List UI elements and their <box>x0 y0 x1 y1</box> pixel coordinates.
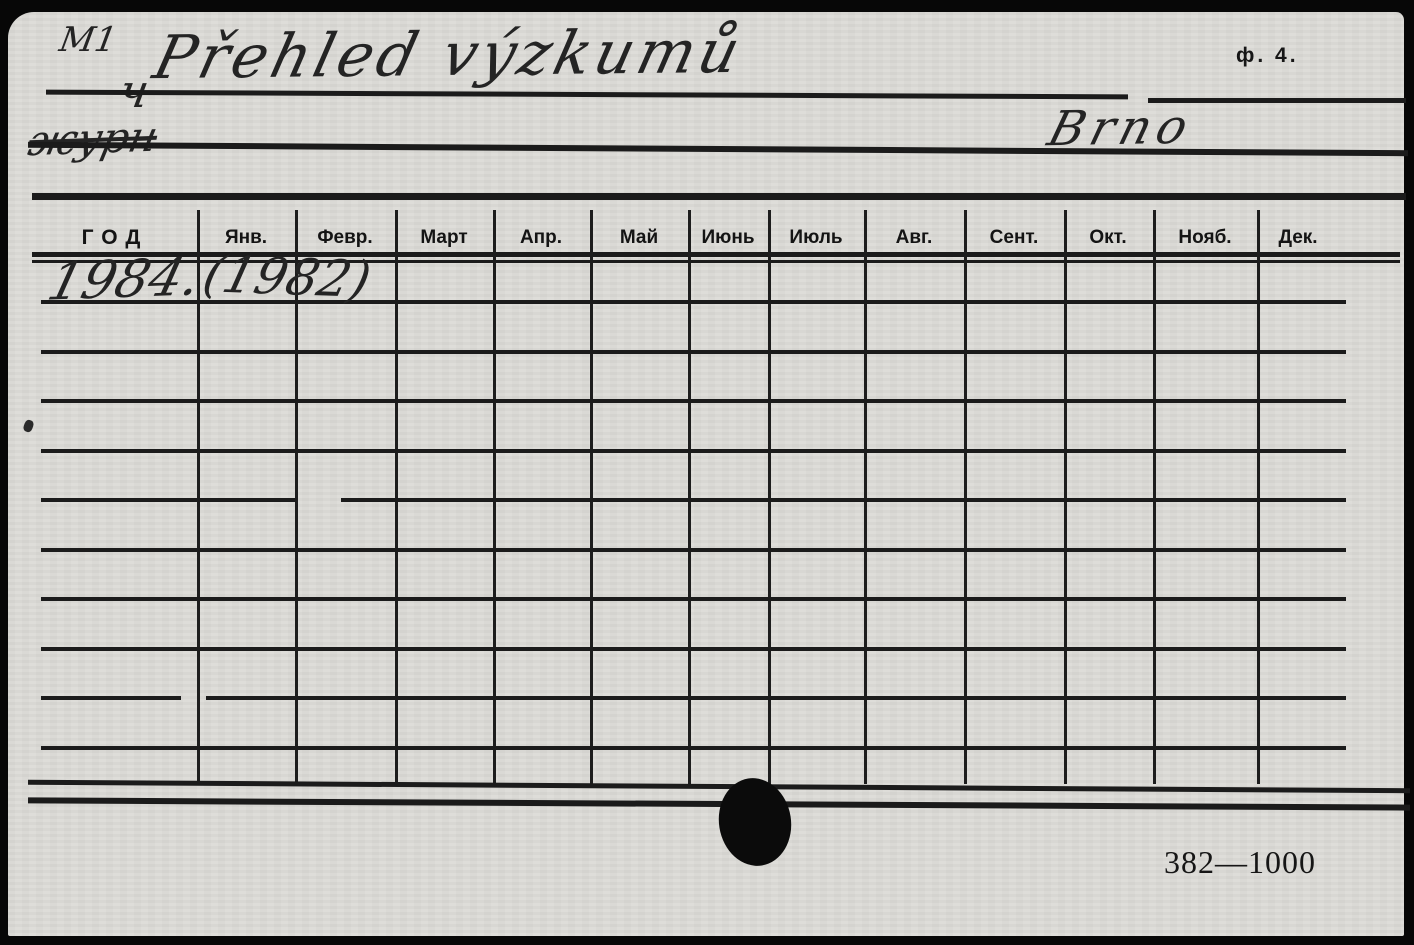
row-line <box>41 399 1346 403</box>
form-number: ф. 4. <box>1236 44 1299 68</box>
year-cell-value: 1984. <box>42 247 207 312</box>
ruled-line-1-left <box>46 90 1128 100</box>
ruled-line-2 <box>28 142 1408 156</box>
row-line <box>41 449 1346 453</box>
scan-speck <box>22 419 35 433</box>
table-top-border <box>32 193 1406 200</box>
handwritten-title: Přehled výzkumů <box>147 17 751 93</box>
row-line <box>41 696 1346 700</box>
print-code: 382—1000 <box>1164 844 1316 881</box>
bottom-rule-a <box>28 780 1410 793</box>
row-line <box>41 746 1346 750</box>
year-cell-alt-value: (1982) <box>197 245 376 309</box>
row-line <box>41 498 1346 502</box>
row-line <box>41 647 1346 651</box>
row-line <box>41 548 1346 552</box>
handwritten-shelf-mark: M1 <box>56 20 120 60</box>
row-line <box>41 350 1346 354</box>
catalog-card: M1 ч Přehled výzkumů ф. 4. Brno журн ГОД… <box>8 12 1404 936</box>
handwritten-crossed-note: журн <box>24 112 162 165</box>
row-line <box>41 597 1346 601</box>
